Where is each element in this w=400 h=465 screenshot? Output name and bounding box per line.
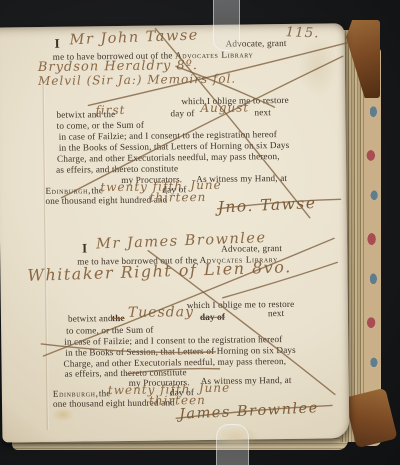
- acrylic-strip-top: [213, 0, 240, 51]
- printed-edinburgh: Edinburgh,: [45, 185, 91, 196]
- return-month-handwritten: August: [200, 100, 249, 115]
- printed-effeirs-line: as effeirs, and thereto constitute: [56, 163, 178, 174]
- printed-sum-line: to come, or the Sum of: [57, 120, 145, 131]
- acrylic-strip-bottom: [216, 424, 249, 465]
- printed-betwixt: betwixt and: [68, 313, 113, 324]
- page-tilt-wrapper: 115. I Mr John Tawse Advocate, grant me …: [0, 0, 400, 465]
- borrow-entry-2: I Mr James Brownlee Advocate, grant me t…: [0, 0, 397, 1]
- printed-pronoun: I: [55, 36, 60, 52]
- printed-day-of: day of: [170, 108, 194, 118]
- printed-day-of-struck: day of: [200, 312, 225, 322]
- book-title-handwritten: Melvil (Sir Ja:) Memoirs fol.: [38, 72, 236, 88]
- printed-sum-line: to come, or the Sum of: [66, 325, 154, 336]
- page-number: 115.: [285, 24, 320, 41]
- printed-grant-label: Advocate, grant: [221, 243, 282, 254]
- borrow-entry-1: I Mr John Tawse Advocate, grant me to ha…: [0, 0, 397, 1]
- printed-pronoun: I: [82, 240, 87, 256]
- return-day-handwritten: first: [95, 103, 125, 117]
- paper-stain: [298, 36, 339, 96]
- printed-edinburgh: Edinburgh,: [53, 388, 99, 399]
- printed-next: next: [268, 308, 285, 318]
- return-day-handwritten: Tuesday: [128, 304, 194, 321]
- printed-next: next: [254, 107, 271, 117]
- printed-the-struck: the: [112, 313, 125, 323]
- year-handwritten: thirteen: [149, 190, 206, 205]
